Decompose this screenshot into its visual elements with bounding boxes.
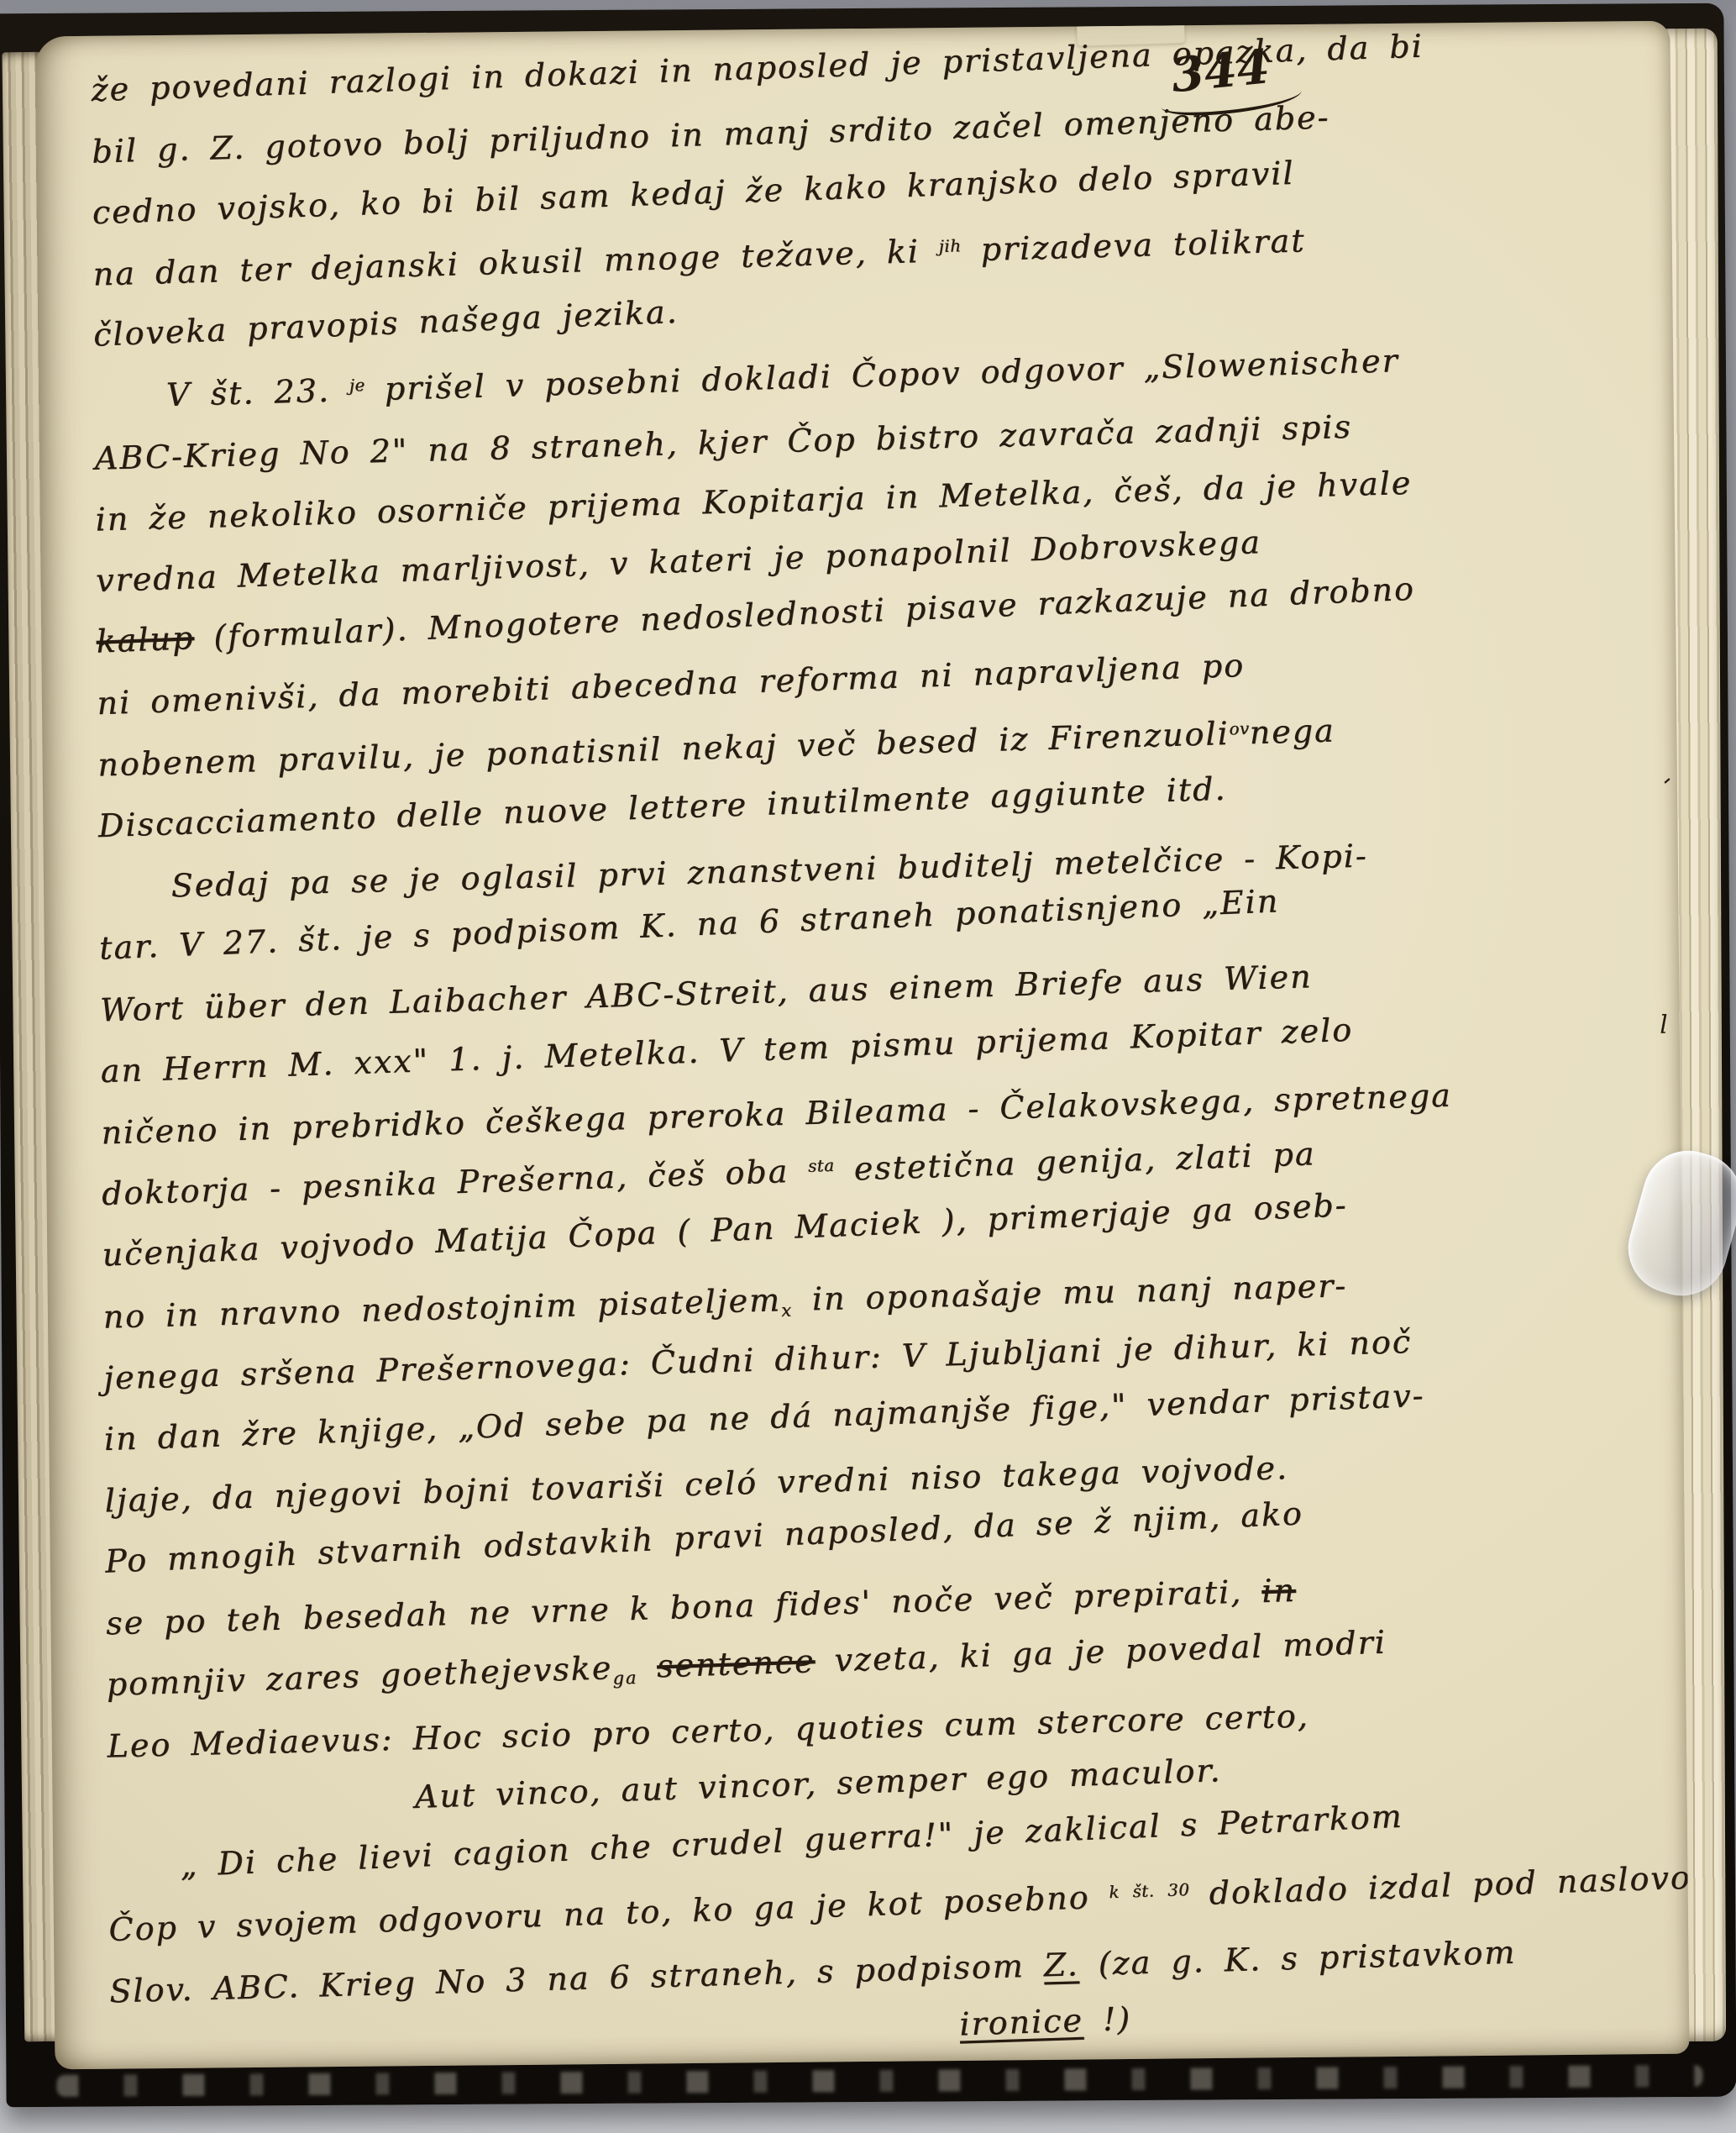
text-segment: nega <box>1249 712 1335 751</box>
text-segment: !) <box>1083 2000 1132 2039</box>
text-segment: doklado izdal pod naslovom <box>1189 1857 1690 1912</box>
text-segment: sta <box>808 1156 835 1176</box>
margin-mark: l <box>1660 1011 1668 1040</box>
text-segment <box>637 1647 658 1685</box>
text-segment: Z. <box>1043 1946 1079 1983</box>
text-segment: ironice <box>959 2002 1084 2043</box>
text-segment: ga <box>612 1668 638 1689</box>
text-segment: ov <box>1229 719 1250 739</box>
text-segment: V št. 23. <box>165 371 349 413</box>
text-segment: in oponašaje mu nanj naper- <box>792 1267 1347 1318</box>
manuscript-page: 344 že povedani razlogi in dokazi in nap… <box>35 21 1689 2070</box>
text-segment: prizadeva tolikrat <box>961 222 1306 268</box>
text-segment: k št. 30 <box>1109 1880 1190 1902</box>
text-segment: x <box>781 1300 793 1321</box>
text-segment: (za g. K. s pristavkom <box>1078 1934 1517 1983</box>
text-segment: že povedani razlogi in dokazi in naposle… <box>91 28 1424 109</box>
text-segment: jih <box>938 236 961 256</box>
text-segment: je <box>349 376 365 396</box>
book: 344 že povedani razlogi in dokazi in nap… <box>0 3 1736 2108</box>
photo-scene: 344 že povedani razlogi in dokazi in nap… <box>0 0 1736 2133</box>
text-segment: in <box>1261 1572 1297 1610</box>
manuscript-lines: že povedani razlogi in dokazi in naposle… <box>36 58 1690 2070</box>
text-segment: sentence <box>656 1642 816 1684</box>
text-segment: kalup <box>96 619 195 660</box>
